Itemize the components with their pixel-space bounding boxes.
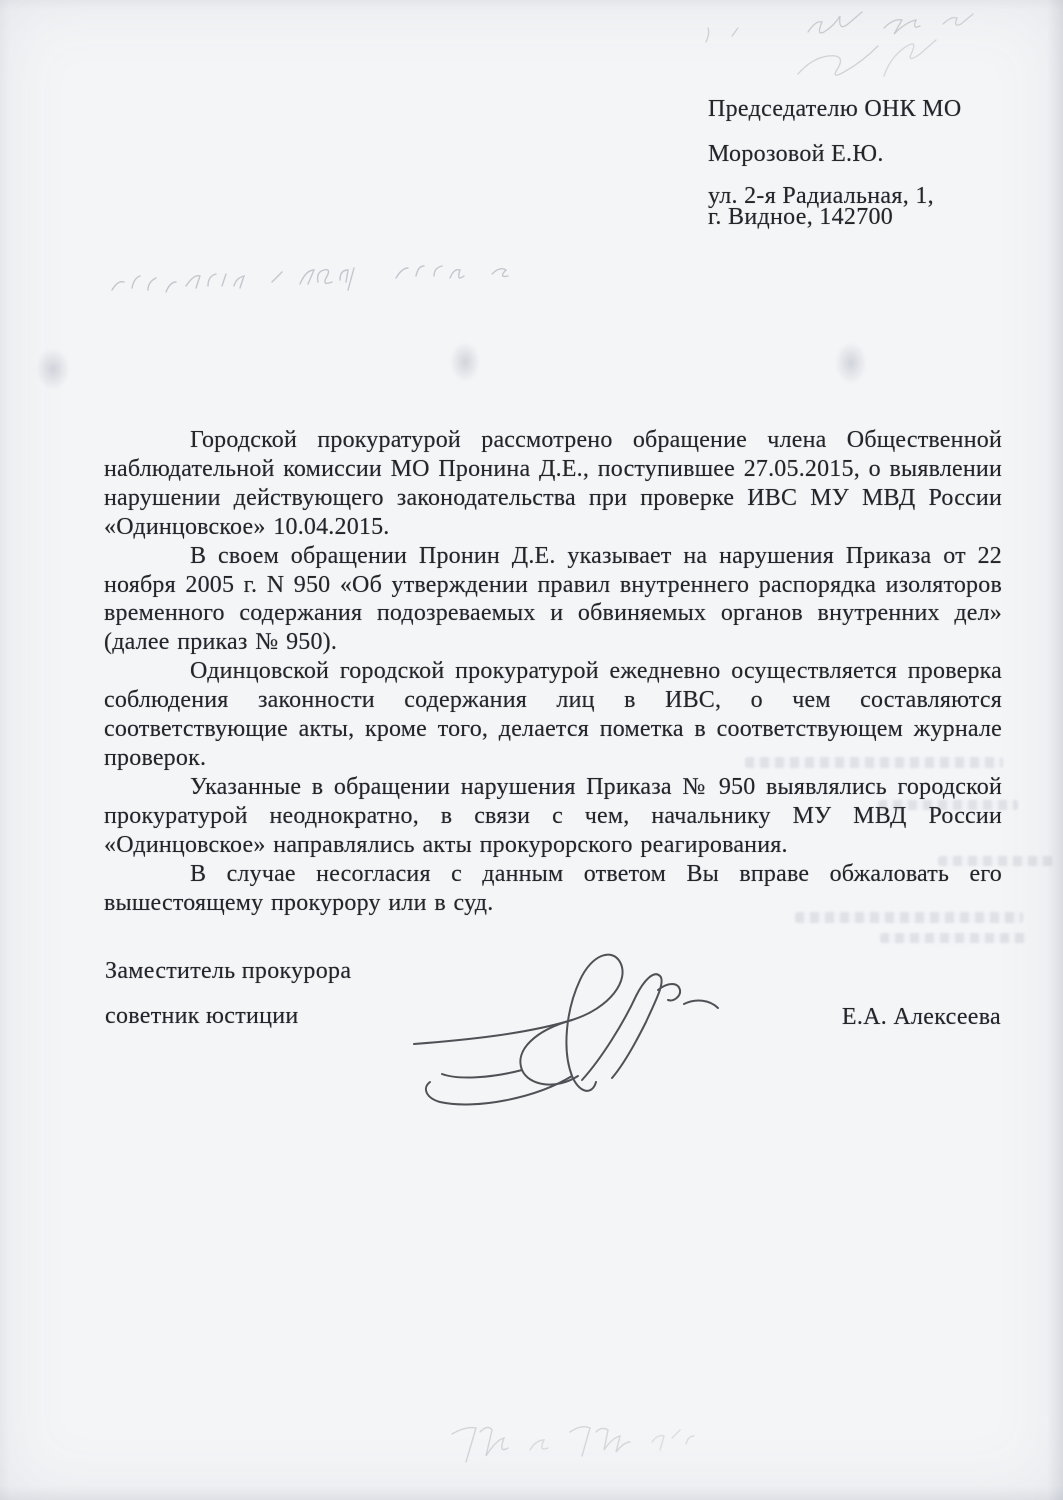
- scanned-letter-page: Председателю ОНК МО Морозовой Е.Ю. ул. 2…: [0, 0, 1063, 1500]
- body-paragraph: Одинцовской городской прокуратурой ежедн…: [104, 657, 1002, 773]
- scan-smudge: [36, 348, 70, 390]
- body-paragraph: Указанные в обращении нарушения Приказа …: [104, 773, 1002, 860]
- bleedthrough-artifact: [880, 933, 1028, 943]
- signer-position-line1: Заместитель прокурора: [105, 958, 351, 985]
- recipient-name: Морозовой Е.Ю.: [708, 142, 884, 166]
- signer-name: Е.А. Алексеева: [842, 1004, 1001, 1031]
- scan-smudge: [450, 342, 480, 382]
- pencil-note-handwriting: [104, 248, 544, 308]
- top-right-handwriting: [688, 2, 1018, 82]
- signer-position-line2: советник юстиции: [105, 1003, 299, 1030]
- letter-body: Городской прокуратурой рассмотрено обращ…: [104, 426, 1002, 917]
- recipient-title: Председателю ОНК МО: [708, 97, 962, 121]
- scan-smudge: [835, 342, 867, 384]
- recipient-address-city: г. Видное, 142700: [708, 205, 893, 229]
- bottom-handwriting: [420, 1408, 790, 1473]
- body-paragraph: В своем обращении Пронин Д.Е. указывает …: [104, 542, 1002, 658]
- handwritten-signature: [396, 938, 726, 1113]
- body-paragraph: В случае несогласия с данным ответом Вы …: [104, 860, 1002, 918]
- body-paragraph: Городской прокуратурой рассмотрено обращ…: [104, 426, 1002, 542]
